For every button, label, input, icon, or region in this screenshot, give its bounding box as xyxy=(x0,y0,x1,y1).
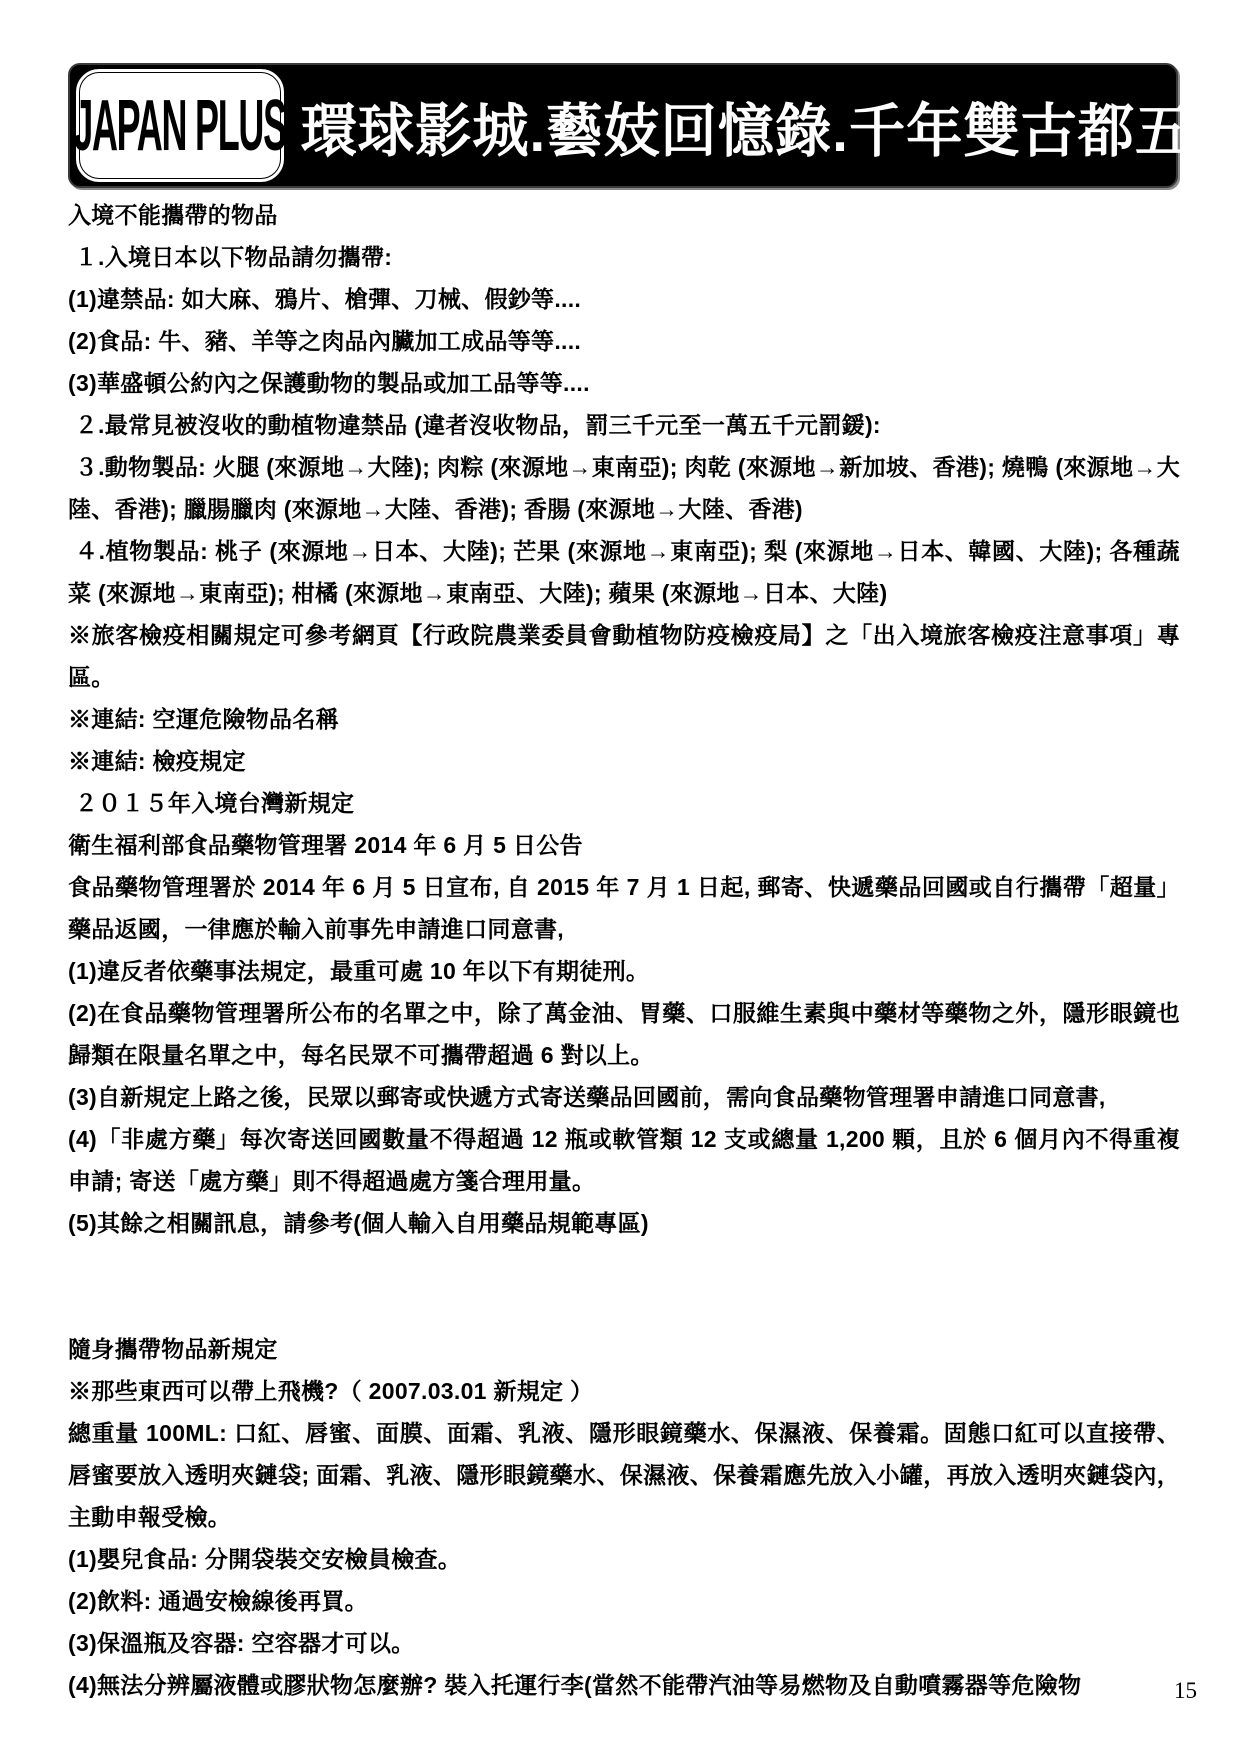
heading-prohibited-items: 入境不能攜帶的物品 xyxy=(68,194,1180,236)
paragraph: 食品藥物管理署於 2014 年 6 月 5 日宣布, 自 2015 年 7 月 … xyxy=(68,866,1180,950)
paragraph: ４.植物製品: 桃子 (來源地→日本、大陸); 芒果 (來源地→東南亞); 梨 … xyxy=(68,530,1180,614)
paragraph: １.入境日本以下物品請勿攜帶: xyxy=(68,236,1180,278)
link-line-quarantine-rules: ※連結: 檢疫規定 xyxy=(68,740,1180,782)
paragraph: (3)自新規定上路之後，民眾以郵寄或快遞方式寄送藥品回國前，需向食品藥物管理署申… xyxy=(68,1076,1180,1118)
paragraph: (4)「非處方藥」每次寄送回國數量不得超過 12 瓶或軟管類 12 支或總量 1… xyxy=(68,1118,1180,1202)
paragraph: ※旅客檢疫相關規定可參考網頁【行政院農業委員會動植物防疫檢疫局】之「出入境旅客檢… xyxy=(68,614,1180,698)
paragraph: (2)食品: 牛、豬、羊等之肉品內臟加工成品等等.... xyxy=(68,320,1180,362)
paragraph: 總重量 100ML: 口紅、唇蜜、面膜、面霜、乳液、隱形眼鏡藥水、保濕液、保養霜… xyxy=(68,1412,1180,1538)
paragraph: (3)保溫瓶及容器: 空容器才可以。 xyxy=(68,1622,1180,1664)
paragraph: (2)飲料: 通過安檢線後再買。 xyxy=(68,1580,1180,1622)
paragraph: ２.最常見被沒收的動植物違禁品 (違者沒收物品，罰三千元至一萬五千元罰鍰): xyxy=(68,404,1180,446)
paragraph: ※那些東西可以帶上飛機?（ 2007.03.01 新規定 ） xyxy=(68,1370,1180,1412)
paragraph: (5)其餘之相關訊息，請參考(個人輸入自用藥品規範專區) xyxy=(68,1202,1180,1244)
link-line-dangerous-goods: ※連結: 空運危險物品名稱 xyxy=(68,698,1180,740)
paragraph: ３.動物製品: 火腿 (來源地→大陸); 肉粽 (來源地→東南亞); 肉乾 (來… xyxy=(68,446,1180,530)
paragraph: (3)華盛頓公約內之保護動物的製品或加工品等等.... xyxy=(68,362,1180,404)
logo-text: JAPAN PLUS xyxy=(74,84,287,168)
page-number: 15 xyxy=(1174,1678,1197,1704)
paragraph: (1)違反者依藥事法規定，最重可處 10 年以下有期徒刑。 xyxy=(68,950,1180,992)
paragraph: 衛生福利部食品藥物管理署 2014 年 6 月 5 日公告 xyxy=(68,824,1180,866)
header-banner: JAPAN PLUS 環球影城.藝妓回憶錄.千年雙古都五日 xyxy=(68,63,1178,188)
paragraph: (1)嬰兒食品: 分開袋裝交安檢員檢查。 xyxy=(68,1538,1180,1580)
tour-title: 環球影城.藝妓回憶錄.千年雙古都五日 xyxy=(287,84,1241,168)
heading-2015-taiwan-entry-rules: ２０１５年入境台灣新規定 xyxy=(68,782,1180,824)
paragraph: (2)在食品藥物管理署所公布的名單之中，除了萬金油、胃藥、口服維生素與中藥材等藥… xyxy=(68,992,1180,1076)
document-page: { "colors": { "page_background": "#fffff… xyxy=(0,0,1241,1755)
paragraph: (4)無法分辨屬液體或膠狀物怎麼辦? 裝入托運行李(當然不能帶汽油等易燃物及自動… xyxy=(68,1664,1180,1706)
heading-carry-on-rules: 隨身攜帶物品新規定 xyxy=(68,1328,1180,1370)
paragraph: (1)違禁品: 如大麻、鴉片、槍彈、刀械、假鈔等.... xyxy=(68,278,1180,320)
japan-plus-logo: JAPAN PLUS xyxy=(73,66,287,185)
document-body: 入境不能攜帶的物品 １.入境日本以下物品請勿攜帶: (1)違禁品: 如大麻、鴉片… xyxy=(68,194,1180,1706)
